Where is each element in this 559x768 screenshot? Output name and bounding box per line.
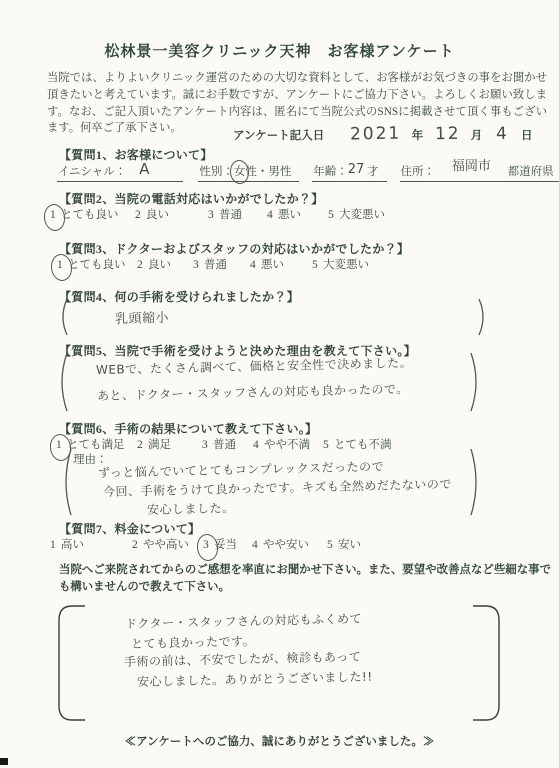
q7-option-5: 5安い [327, 536, 361, 552]
q6-options-row: 1とても満足 2満足 3普通 4やや不満 5とても不満 [50, 436, 530, 458]
left-bracket-icon [56, 604, 86, 722]
feedback-answer-line2: とても良かったです。 [131, 632, 255, 652]
option-label: 安い [338, 539, 361, 551]
option-number: 4 [253, 439, 262, 451]
address-field: 住所： 福岡市 都道府県 [400, 160, 559, 182]
date-month-unit: 月 [471, 130, 483, 142]
address-unit: 都道府県 [508, 166, 554, 178]
q3-option-3: 3普通 [193, 256, 227, 272]
scan-corner-mark [0, 758, 8, 765]
survey-date-row: アンケート記入日 2021 年 12 月 4 日 [233, 124, 533, 144]
option-number: 2 [137, 439, 146, 451]
option-number: 5 [312, 259, 321, 271]
gender-circled-option: 女 [234, 163, 246, 179]
option-number: 5 [323, 439, 332, 451]
date-label: アンケート記入日 [233, 130, 324, 142]
option-number: 2 [135, 209, 144, 221]
q6-option-4: 4やや不満 [253, 436, 310, 452]
option-number: 4 [267, 209, 276, 221]
q3-option-1: 1とても良い [57, 256, 126, 272]
gender-options: 性・男性 [245, 166, 291, 178]
option-number: 3 [208, 209, 217, 221]
q1-answer-row: イニシャル： A 性別：女性・男性 年齢：27 才 住所： 福岡市 都道府県 [57, 160, 559, 182]
initial-value: A [139, 160, 149, 178]
q2-option-4: 4悪い [267, 206, 301, 222]
left-bracket-icon [56, 352, 68, 412]
q5-answer-line2: あと、ドクター・スタッフさんの対応も良かったので。 [97, 380, 409, 404]
option-label: 大変悪い [323, 259, 369, 271]
option-label: 悪い [261, 259, 284, 271]
date-day-unit: 日 [521, 130, 533, 142]
q7-heading: 【質問7、料金について】 [59, 520, 200, 537]
q2-option-5: 5大変悪い [328, 206, 385, 222]
gender-field: 性別：女性・男性 [198, 163, 299, 182]
footer-thanks: ≪アンケートへのご協力、誠にありがとうございました。≫ [0, 733, 559, 749]
feedback-prompt: 当院へご来院されてからのご感想を率直にお聞かせ下さい。また、要望や改善点など些細… [59, 562, 551, 596]
date-year-value: 2021 [350, 124, 402, 145]
q2-option-2: 2良い [135, 206, 169, 222]
option-number: 1 [50, 539, 59, 551]
q7-option-3: 3妥当 [203, 536, 237, 552]
initial-label: イニシャル： [58, 166, 126, 178]
option-number: 3 [193, 259, 202, 271]
q6-option-3: 3普通 [202, 436, 236, 452]
option-number: 2 [137, 259, 146, 271]
option-label: 普通 [213, 439, 236, 451]
q7-option-2: 2やや高い [132, 536, 189, 552]
feedback-answer-line1: ドクター・スタッフさんの対応もふくめて [125, 610, 362, 632]
option-label: 高い [61, 539, 84, 551]
option-label: とても良い [61, 209, 119, 221]
q3-option-5: 5大変悪い [312, 256, 369, 272]
date-day-value: 4 [496, 124, 509, 144]
left-bracket-icon [60, 448, 72, 516]
q7-options-row: 1高い 2やや高い 3妥当 4やや安い 5安い [50, 536, 530, 558]
q2-heading: 【質問2、当院の電話対応はいかがでしたか？】 [59, 190, 324, 207]
option-label: とても満足 [67, 439, 125, 451]
page-title: 松林景一美容クリニック天神 お客様アンケート [0, 40, 559, 61]
q2-options-row: 1とても良い 2良い 3普通 4悪い 5大変悪い [50, 206, 520, 228]
q7-option-1: 1高い [50, 536, 84, 552]
q3-option-4: 4悪い [250, 256, 284, 272]
right-bracket-icon [470, 352, 482, 412]
option-label: やや不満 [264, 439, 310, 451]
q7-option-4: 4やや安い [252, 536, 309, 552]
date-month-value: 12 [435, 124, 461, 144]
option-number: 5 [328, 209, 337, 221]
q3-options-row: 1とても良い 2良い 3普通 4悪い 5大変悪い [52, 256, 522, 278]
address-label: 住所： [401, 166, 436, 178]
address-value: 福岡市 [452, 159, 491, 174]
option-number: 1 [57, 259, 66, 271]
q6-heading: 【質問6、手術の結果について教えて下さい。】 [59, 420, 317, 437]
option-label: やや安い [263, 539, 309, 551]
right-bracket-icon [470, 448, 482, 516]
option-label: 良い [148, 259, 171, 271]
option-label: 普通 [204, 259, 227, 271]
option-number: 1 [50, 209, 59, 221]
q4-heading: 【質問4、何の手術を受けられましたか？】 [59, 288, 299, 305]
gender-label: 性別： [199, 166, 234, 178]
option-label: 大変悪い [339, 209, 385, 221]
left-bracket-icon [58, 298, 68, 336]
q2-option-3: 3普通 [208, 206, 242, 222]
option-label: とても不満 [334, 439, 392, 451]
option-number: 4 [252, 539, 261, 551]
option-number: 5 [327, 539, 336, 551]
q2-option-1: 1とても良い [50, 206, 119, 222]
option-number: 2 [132, 539, 141, 551]
date-year-unit: 年 [412, 130, 424, 142]
q3-option-2: 2良い [137, 256, 171, 272]
q6-option-2: 2満足 [137, 436, 171, 452]
scanned-survey-page: 松林景一美容クリニック天神 お客様アンケート 当院では、よりよいクリニック運営の… [0, 0, 559, 768]
age-value: 27 [348, 162, 365, 177]
age-label: 年齢： [313, 166, 348, 178]
feedback-answer-line4: 安心しました。ありがとうございました!! [137, 668, 373, 690]
right-bracket-icon [472, 604, 502, 722]
q4-answer: 乳頭縮小 [115, 307, 169, 327]
initial-field: イニシャル： A [57, 161, 183, 182]
option-label: 良い [146, 209, 169, 221]
age-unit: 才 [367, 166, 379, 178]
right-bracket-icon [478, 298, 488, 336]
age-field: 年齢：27 才 [312, 163, 386, 182]
option-number: 3 [203, 539, 212, 551]
option-label: とても良い [68, 259, 126, 271]
option-number: 3 [202, 439, 211, 451]
option-label: 普通 [219, 209, 242, 221]
q6-reason-line3: 安心しました。 [147, 499, 235, 518]
option-label: 満足 [148, 439, 171, 451]
option-label: 悪い [278, 209, 301, 221]
option-number: 4 [250, 259, 259, 271]
option-label: やや高い [143, 539, 189, 551]
q6-option-5: 5とても不満 [323, 436, 392, 452]
q3-heading: 【質問3、ドクターおよびスタッフの対応はいかがでしたか？】 [59, 240, 409, 257]
